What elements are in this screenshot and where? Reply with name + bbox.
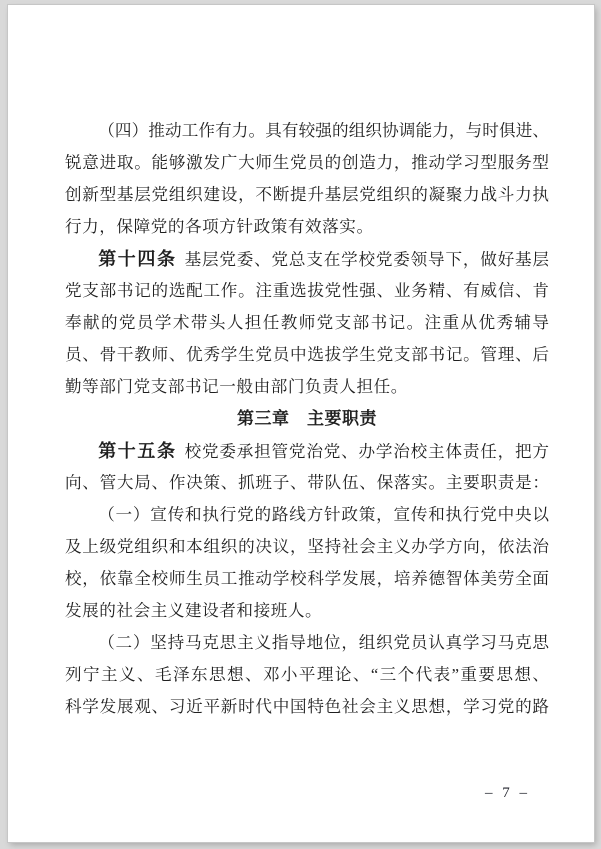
text-line: 第十四条基层党委、党总支在学校党委领导下，做好基层 (65, 243, 549, 275)
page-number: – 7 – (485, 785, 529, 802)
article-paragraph: 第十四条基层党委、党总支在学校党委领导下，做好基层 党支部书记的选配工作。注重选… (65, 243, 549, 403)
article-paragraph: 第十五条校党委承担管党治党、办学治校主体责任，把方 向、管大局、作决策、抓班子、… (65, 435, 549, 499)
text-line: 向、管大局、作决策、抓班子、带队伍、保落实。主要职责是： (65, 467, 549, 499)
document-page: （四）推动工作有力。具有较强的组织协调能力，与时俱进、 锐意进取。能够激发广大师… (8, 5, 594, 842)
article-number: 第十四条 (98, 249, 176, 269)
text-line: 员、骨干教师、优秀学生党员中选拔学生党支部书记。管理、后 (65, 339, 549, 371)
text-line: 行力，保障党的各项方针政策有效落实。 (65, 211, 549, 243)
article-lead-text: 校党委承担管党治党、办学治校主体责任，把方 (185, 442, 549, 461)
chapter-heading: 第三章 主要职责 (65, 403, 549, 435)
text-line: （四）推动工作有力。具有较强的组织协调能力，与时俱进、 (65, 115, 549, 147)
text-line: 发展的社会主义建设者和接班人。 (65, 595, 549, 627)
text-line: 校，依靠全校师生员工推动学校科学发展，培养德智体美劳全面 (65, 563, 549, 595)
text-line: （二）坚持马克思主义指导地位，组织党员认真学习马克思 (65, 627, 549, 659)
text-line: 创新型基层党组织建设，不断提升基层党组织的凝聚力战斗力执 (65, 179, 549, 211)
text-line: 列宁主义、毛泽东思想、邓小平理论、“三个代表”重要思想、 (65, 659, 549, 691)
text-line: 锐意进取。能够激发广大师生党员的创造力，推动学习型服务型 (65, 147, 549, 179)
text-line: 第十五条校党委承担管党治党、办学治校主体责任，把方 (65, 435, 549, 467)
article-lead-text: 基层党委、党总支在学校党委领导下，做好基层 (185, 250, 549, 269)
text-line: 勤等部门党支部书记一般由部门负责人担任。 (65, 371, 549, 403)
text-line: （一）宣传和执行党的路线方针政策，宣传和执行党中央以 (65, 499, 549, 531)
document-body: （四）推动工作有力。具有较强的组织协调能力，与时俱进、 锐意进取。能够激发广大师… (65, 115, 549, 723)
text-line: 及上级党组织和本组织的决议，坚持社会主义办学方向，依法治 (65, 531, 549, 563)
text-line: 科学发展观、习近平新时代中国特色社会主义思想，学习党的路 (65, 691, 549, 723)
paragraph: （二）坚持马克思主义指导地位，组织党员认真学习马克思 列宁主义、毛泽东思想、邓小… (65, 627, 549, 723)
paragraph: （四）推动工作有力。具有较强的组织协调能力，与时俱进、 锐意进取。能够激发广大师… (65, 115, 549, 243)
text-line: 奉献的党员学术带头人担任教师党支部书记。注重从优秀辅导 (65, 307, 549, 339)
article-number: 第十五条 (98, 441, 176, 461)
text-line: 党支部书记的选配工作。注重选拔党性强、业务精、有威信、肯 (65, 275, 549, 307)
paragraph: （一）宣传和执行党的路线方针政策，宣传和执行党中央以 及上级党组织和本组织的决议… (65, 499, 549, 627)
